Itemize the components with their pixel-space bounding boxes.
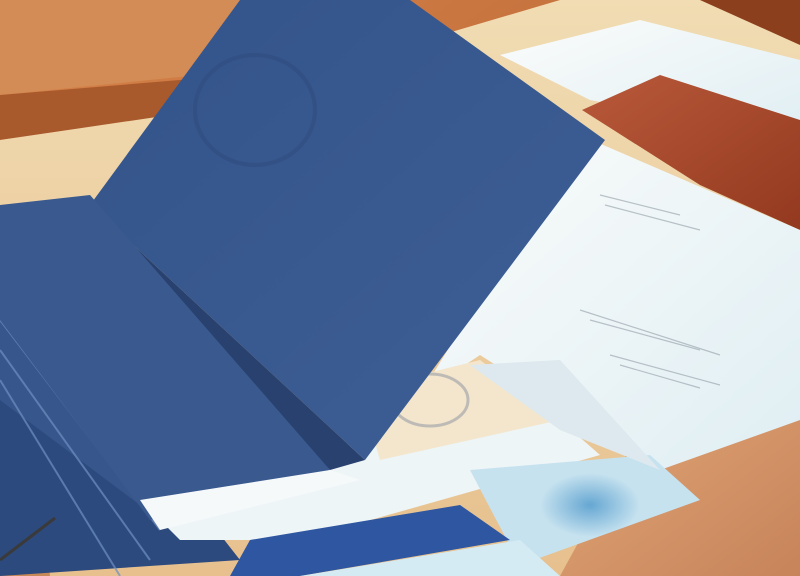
photo-illustration — [0, 0, 800, 576]
photo-scene: Diploma booklets on a table — [0, 0, 800, 576]
stamp-lower — [540, 473, 640, 537]
